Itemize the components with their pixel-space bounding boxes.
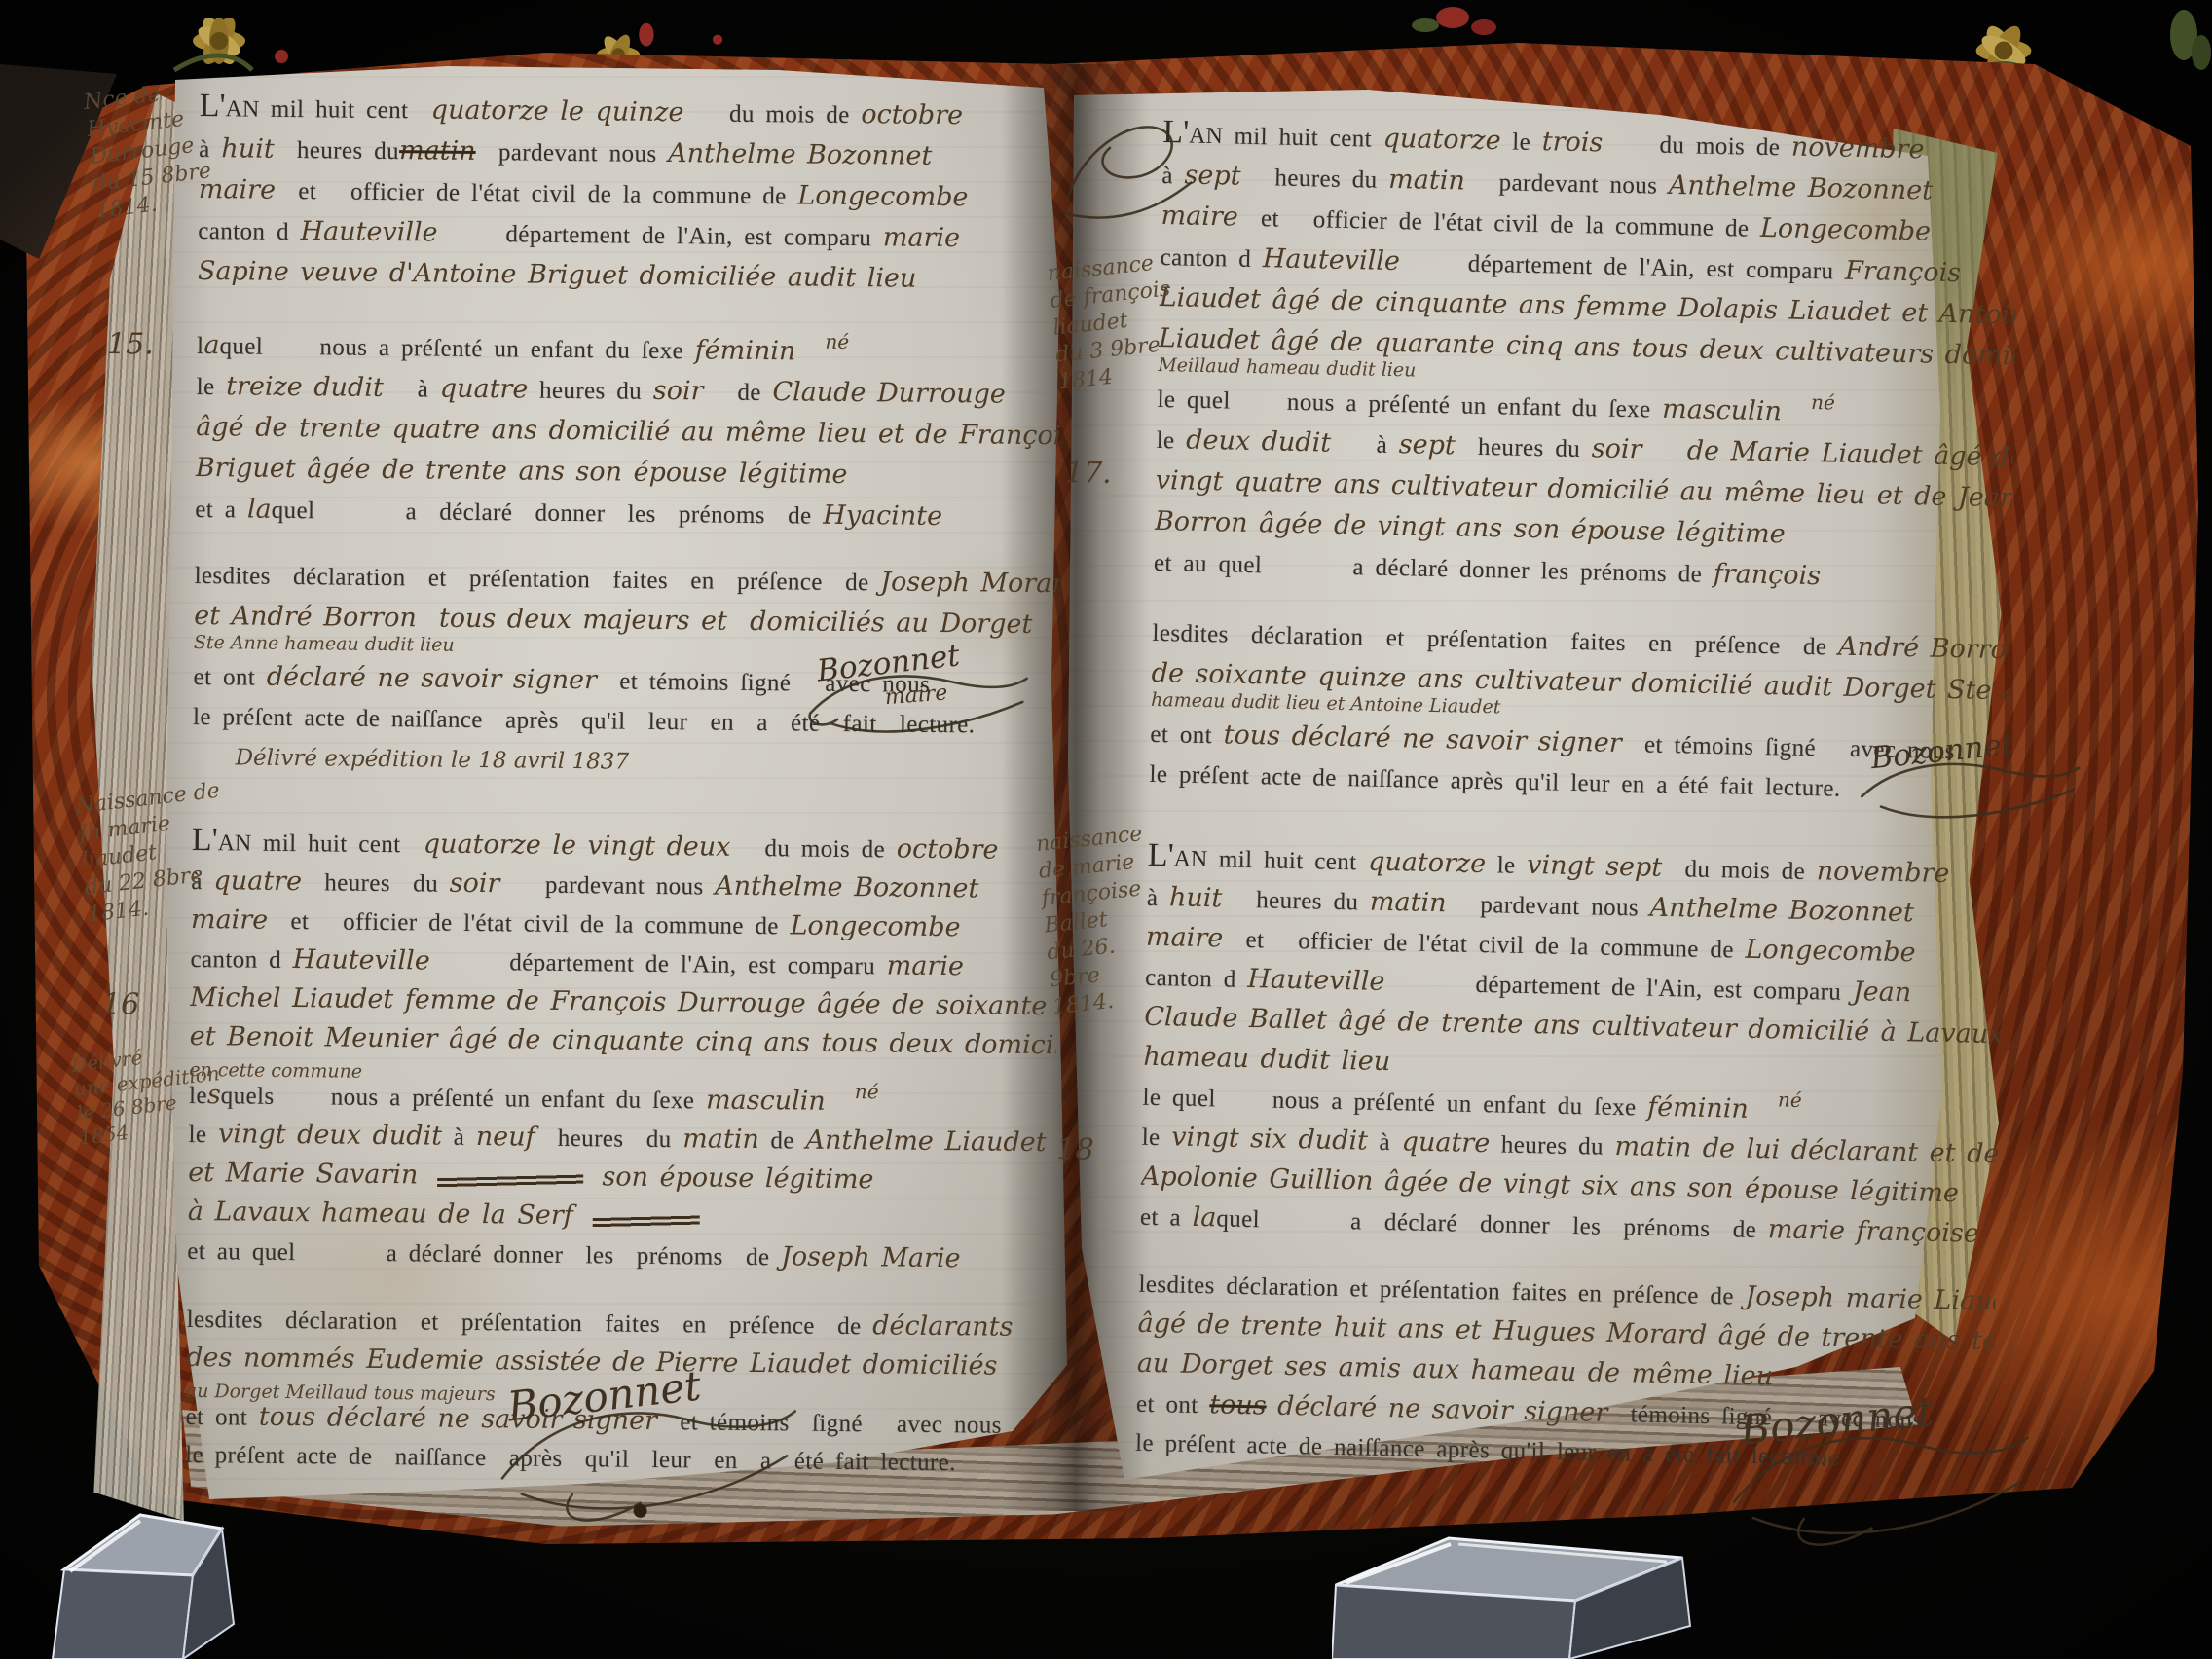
photo-of-open-register: Nce deHyacinteDurrougedu 15 8bre1814. 15… — [0, 0, 2212, 1659]
printed-text: le — [197, 374, 227, 400]
printed-text: heures du — [528, 378, 653, 405]
printed-text: mil huit cent — [1207, 846, 1368, 875]
handwritten-text: Joseph Marie — [781, 1241, 961, 1273]
handwritten-text: déclaré ne savoir signer — [267, 662, 597, 696]
printed-text: du mois de — [1662, 856, 1817, 885]
printed-text: pardevant nous — [1464, 169, 1669, 200]
printed-text: à — [1368, 1129, 1402, 1157]
printed-text: canton d — [190, 946, 293, 974]
entry-number: 18 — [1056, 1132, 1094, 1167]
handwritten-text: sept — [1399, 429, 1456, 461]
handwritten-text: déclarants — [872, 1310, 1014, 1343]
printed-text: lesdites déclaration et préſentation fai… — [195, 563, 881, 596]
entry-number: 15. — [107, 327, 154, 361]
handwritten-text: maire — [1161, 201, 1238, 233]
printed-text: à — [1331, 431, 1399, 459]
printed-text: du mois de — [683, 100, 861, 129]
handwritten-text: Longecombe — [797, 180, 968, 212]
handwritten-text: né — [855, 1080, 879, 1103]
printed-text: lesdites déclaration et préſentation fai… — [1138, 1272, 1745, 1310]
printed-text: à — [1161, 163, 1185, 189]
handwritten-text: matin — [682, 1124, 759, 1155]
entry-number: 17. — [1065, 456, 1112, 491]
birth-record-entry-15: Nce deHyacinteDurrougedu 15 8bre1814. 15… — [192, 88, 1065, 788]
handwritten-text: huit — [221, 133, 275, 165]
handwritten-text: Longecombe — [1745, 935, 1916, 969]
printed-text: et ont — [193, 664, 267, 691]
handwritten-text: masculin — [706, 1086, 826, 1117]
embroidery-flower-icon — [174, 13, 288, 70]
handwritten-text: vingt six dudit — [1171, 1122, 1368, 1156]
signature-block: Bozonnet — [507, 1371, 819, 1421]
handwritten-text: novembre — [1817, 856, 1950, 889]
handwritten-text: Hauteville — [293, 944, 430, 976]
handwritten-text: quatorze — [1382, 124, 1501, 157]
handwritten-text: Anthelme Bozonnet — [1649, 893, 1914, 929]
handwritten-text: quatorze — [431, 94, 549, 126]
handwritten-text: né — [825, 330, 849, 353]
printed-text: et ont — [185, 1404, 259, 1431]
handwritten-text: Briguet âgée de trente ans son épouse lé… — [196, 453, 848, 490]
handwritten-text: âgé de trente quatre ans domicilié au mê… — [196, 412, 1066, 452]
right-page-content: naissancede françoisliaudetdu 3 9bre1814… — [1133, 102, 2020, 1561]
embroidery-bud-icon — [1412, 7, 1496, 35]
handwritten-text: féminin — [695, 335, 796, 366]
margin-note: Naissance deJh marieliaudetdu 22 8bre181… — [74, 780, 217, 930]
handwritten-text: à Lavaux hameau de la Serf — [188, 1197, 585, 1231]
handwritten-text: Claude Durrouge — [772, 377, 1006, 410]
handwritten-text: Hauteville — [1263, 243, 1401, 276]
handwritten-text: soir — [1591, 433, 1641, 464]
handwritten-text: marie — [887, 950, 965, 981]
printed-text: heures du — [1240, 165, 1388, 194]
printed-text: quel a déclaré donner les prénoms de — [1216, 1205, 1768, 1243]
printed-text: et officier de l'état civil de la commun… — [1237, 205, 1760, 242]
handwritten-text: quatorze — [1368, 847, 1487, 880]
record-text: L'an mil huit cent quatorze le vingt sep… — [1135, 837, 2005, 1482]
printed-text: et officier de l'état civil de la commun… — [1223, 926, 1746, 963]
birth-record-entry-16: Naissance deJh marieliaudetdu 22 8bre181… — [185, 823, 1058, 1485]
printed-text: heures du — [535, 1125, 682, 1154]
printed-text: le préſent acte de naiſſance après qu'il… — [193, 704, 976, 738]
printed-text: du mois de — [1603, 130, 1791, 161]
printed-text: le quel nous a préſenté un enfant du ſex… — [1142, 1085, 1647, 1122]
printed-text: quels nous a préſenté un enfant du ſexe — [221, 1083, 707, 1114]
handwritten-text: Joseph Morard — [880, 567, 1066, 599]
handwritten-text: et Marie Savarin — [188, 1158, 429, 1191]
printed-text: heures du — [1490, 1131, 1615, 1161]
handwritten-text: soir — [450, 868, 500, 900]
margin-note-delivery: Délivréune expéditionle 26 8bre1854 — [70, 1039, 208, 1150]
handwritten-text: quatorze le vingt deux — [424, 829, 731, 862]
handwritten-text: Anthelme Liaudet — [805, 1125, 1046, 1159]
glass-paperweight-left[interactable] — [47, 1507, 241, 1659]
printed-text: canton d — [198, 218, 301, 245]
handwritten-text: Anthelme Bozonnet — [668, 138, 932, 171]
handwritten-text: né — [1811, 390, 1835, 415]
handwritten-text: matin — [1370, 887, 1447, 919]
signature-block: Bozonnet me — [1739, 1395, 2051, 1468]
handwritten-text: vingt sept — [1527, 850, 1663, 883]
handwritten-text: matin — [1388, 165, 1465, 197]
printed-text: pardevant nous — [1446, 891, 1650, 921]
printed-text: département de l'Ain, est comparu — [430, 949, 887, 980]
printed-text: mil huit cent — [251, 830, 424, 859]
printed-text: pardevant nous — [475, 139, 668, 167]
printed-text: département de l'Ain, est comparu — [1400, 249, 1846, 285]
printed-text: et au quel a déclaré donner les prénoms … — [1154, 550, 1714, 588]
printed-text: le — [1141, 1124, 1171, 1152]
signature-name: Bozonnet — [1869, 727, 2015, 777]
printed-text: mil huit cent — [1223, 123, 1383, 152]
handwritten-text: neuf — [476, 1122, 535, 1153]
handwritten-text: Joseph marie Liaudet — [1745, 1281, 2005, 1317]
printed-text: le préſent acte de naiſſance après qu'il… — [185, 1442, 956, 1476]
handwritten-text: soir — [653, 376, 704, 407]
printed-text: à — [442, 1124, 476, 1151]
handwritten-text: Ste Anne hameau dudit lieu — [194, 632, 455, 656]
printed-text: et ont — [1136, 1391, 1210, 1419]
printed-text: heures du — [1222, 886, 1370, 915]
handwritten-text: quatre — [440, 374, 529, 405]
handwritten-text: masculin — [1662, 394, 1782, 427]
record-text: L'an mil huit cent quatorze le trois du … — [1149, 114, 2019, 814]
handwritten-text: marie françoise — [1767, 1214, 1979, 1249]
printed-text: et officier de l'état civil de la commun… — [268, 908, 791, 940]
printed-text: lesdites déclaration et préſentation fai… — [187, 1307, 873, 1340]
handwritten-text: né — [1778, 1088, 1802, 1112]
handwritten-text: Sapine veuve d'Antoine Briguet domicilié… — [198, 256, 917, 294]
handwritten-text: novembre — [1791, 132, 1925, 166]
handwritten-text: déclaré ne savoir signer — [1266, 1391, 1607, 1428]
left-page-content: Nce deHyacinteDurrougedu 15 8bre1814. 15… — [184, 78, 1066, 1547]
printed-text: et ont — [1150, 721, 1224, 750]
printed-text: heures du — [302, 869, 450, 898]
handwritten-text: tous déclaré ne savoir signer — [1223, 719, 1622, 758]
signature-block: Bozonnet maire — [816, 645, 1128, 702]
handwritten-text: féminin — [1647, 1092, 1749, 1124]
handwritten-text: trois — [1542, 127, 1604, 158]
printed-text: quel a déclaré donner les prénoms de — [272, 498, 824, 530]
handwritten-text: vingt deux dudit — [218, 1119, 442, 1151]
glass-paperweight-right[interactable] — [1332, 1532, 1698, 1659]
handwritten-text: matin — [399, 135, 476, 166]
handwritten-text: octobre — [861, 99, 963, 130]
handwritten-text: quatre — [213, 866, 302, 897]
handwritten-text: deux dudit — [1186, 425, 1332, 459]
printed-text: le — [1486, 852, 1528, 879]
printed-text: département de l'Ain, est comparu — [1384, 970, 1853, 1006]
handwritten-text: treize dudit — [226, 371, 384, 403]
handwritten-text: et Benoit Meunier âgé de cinquante cinq … — [190, 1021, 1058, 1061]
handwritten-text: Jean — [1853, 977, 1912, 1008]
printed-text: de — [759, 1127, 806, 1154]
printed-text: à — [384, 376, 440, 403]
crossed-out-scribble — [592, 1213, 699, 1229]
birth-record-entry-17: naissancede françoisliaudetdu 3 9bre1814… — [1149, 114, 2019, 814]
handwritten-text: Meillaud hameau dudit lieu — [1158, 354, 1416, 382]
handwritten-text: Michel Liaudet femme de François Durroug… — [190, 982, 1058, 1022]
printed-text: lesdites déclaration et préſentation fai… — [1152, 620, 1838, 661]
printed-text: et officier de l'état civil de la commun… — [276, 178, 798, 210]
handwritten-text: en cette commune — [189, 1059, 362, 1083]
signature-block: Bozonnet — [1870, 732, 2183, 774]
handwritten-text: tous — [1209, 1389, 1267, 1420]
printed-text: du mois de — [730, 835, 897, 864]
handwritten-text: sept — [1184, 160, 1241, 191]
printed-text: L'an — [1162, 114, 1223, 151]
birth-record-entry-18: naissancede mariefrançoiseBalletdu 26.9b… — [1135, 837, 2005, 1482]
handwritten-text: Hauteville — [1247, 964, 1385, 997]
handwritten-text: Délivré expédition le 18 avril 1837 — [236, 745, 630, 774]
handwritten-text: a — [203, 330, 219, 360]
printed-text: heures du — [275, 137, 400, 165]
handwritten-text: de Marie Liaudet âgé de — [1641, 434, 2019, 472]
printed-text: quel nous a préſenté un enfant du ſexe — [219, 333, 694, 364]
printed-text: et a — [195, 497, 247, 524]
ink-blot — [634, 1504, 647, 1518]
handwritten-text: huit — [1169, 882, 1223, 913]
handwritten-text: Anthelme Bozonnet — [715, 871, 978, 904]
printed-text: et a — [1140, 1204, 1193, 1232]
printed-text: le — [1500, 129, 1542, 156]
handwritten-text: Anthelme Bozonnet — [1669, 170, 1934, 206]
handwritten-text: hameau dudit lieu — [1143, 1042, 1390, 1077]
handwritten-text: le quinze — [549, 96, 684, 128]
handwritten-text: Longecombe — [790, 910, 960, 942]
crossed-out-scribble — [437, 1172, 583, 1189]
handwritten-text: de lui déclarant et de — [1691, 1133, 2000, 1170]
printed-text: pardevant nous — [499, 871, 715, 900]
entry-number: 16 — [102, 987, 140, 1021]
handwritten-text: matin — [1614, 1131, 1691, 1163]
handwritten-text: François — [1845, 256, 1962, 288]
printed-text: et au quel a déclaré donner les prénoms … — [187, 1238, 781, 1271]
printed-text: département de l'Ain, est comparu — [437, 221, 883, 252]
margin-note: Nce deHyacinteDurrougedu 15 8bre1814. — [83, 76, 226, 226]
handwritten-text: au Dorget Meillaud tous majeurs — [186, 1381, 496, 1405]
text-line: le préſent acte de naiſſance après qu'il… — [185, 1438, 1051, 1485]
handwritten-text: André Borron âgé — [1838, 632, 2020, 667]
handwritten-text: Hauteville — [300, 216, 437, 247]
margin-note: naissancede mariefrançoiseBalletdu 26.9b… — [1035, 819, 1182, 1021]
printed-text: mil huit cent — [259, 96, 431, 125]
printed-text: le — [1156, 427, 1186, 455]
printed-text: le quel nous a préſenté un enfant du ſex… — [1157, 387, 1662, 424]
handwritten-text: françois — [1713, 559, 1821, 591]
handwritten-text: quatre — [1401, 1126, 1490, 1159]
handwritten-text: marie — [883, 222, 961, 253]
embroidery-leaf-icon — [2170, 10, 2211, 70]
handwritten-text: la — [1192, 1202, 1216, 1234]
printed-text: heures du — [1455, 433, 1592, 462]
handwritten-text: la — [247, 495, 272, 525]
handwritten-text: Longecombe — [1760, 213, 1932, 247]
handwritten-text: Hyacinte — [823, 500, 942, 532]
handwritten-text: octobre — [897, 834, 999, 866]
handwritten-text: son épouse légitime — [591, 1161, 874, 1195]
printed-text: de — [703, 379, 772, 406]
